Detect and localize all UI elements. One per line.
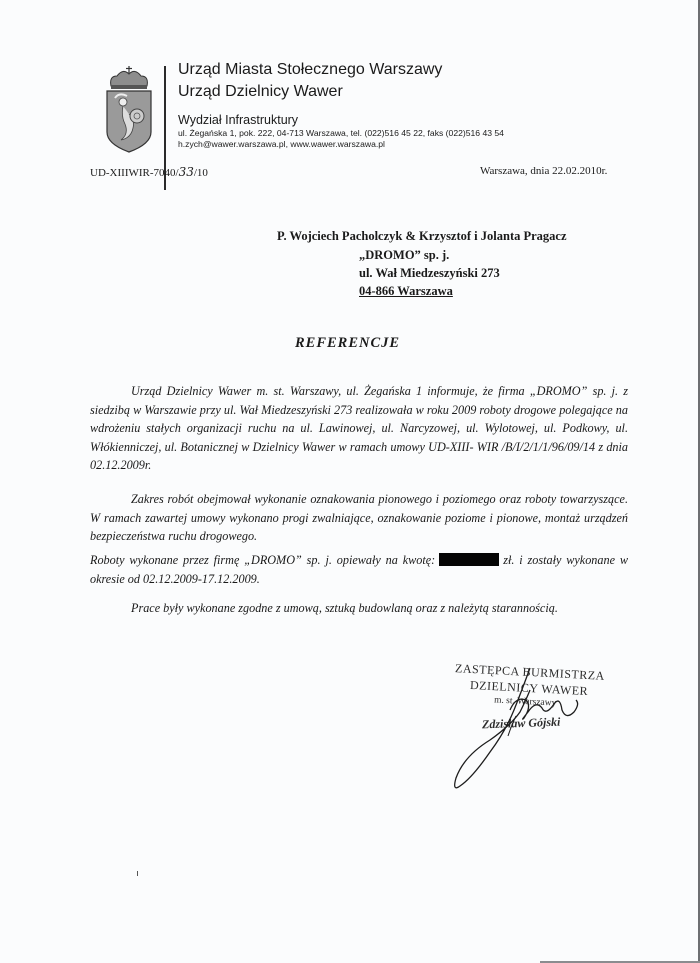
addressee-names: P. Wojciech Pacholczyk & Krzysztof i Jol… bbox=[277, 229, 567, 244]
letter-date: Warszawa, dnia 22.02.2010r. bbox=[480, 165, 607, 177]
reference-handwritten-number: 33 bbox=[179, 165, 194, 179]
handwritten-signature-icon bbox=[450, 660, 600, 800]
body-paragraph-4: Prace były wykonane zgodne z umową, sztu… bbox=[90, 599, 628, 618]
redacted-amount bbox=[439, 553, 499, 566]
amount-lead-text: Roboty wykonane przez firmę „DROMO” sp. … bbox=[90, 553, 435, 567]
office-address: ul. Żegańska 1, pok. 222, 04-713 Warszaw… bbox=[178, 128, 504, 138]
department-name: Wydział Infrastruktury bbox=[178, 113, 298, 127]
addressee-city: 04-866 Warszawa bbox=[359, 284, 453, 299]
addressee-company: „DROMO” sp. j. bbox=[359, 248, 449, 263]
scan-speck bbox=[137, 871, 138, 876]
body-paragraph-3: Roboty wykonane przez firmę „DROMO” sp. … bbox=[90, 551, 628, 588]
org-name-district: Urząd Dzielnicy Wawer bbox=[178, 83, 343, 101]
body-paragraph-1: Urząd Dzielnicy Wawer m. st. Warszawy, u… bbox=[90, 382, 628, 475]
office-contact: h.zych@wawer.warszawa.pl, www.wawer.wars… bbox=[178, 139, 385, 149]
addressee-street: ul. Wał Miedzeszyński 273 bbox=[359, 266, 500, 281]
reference-prefix: UD-XIIIWIR-7040/ bbox=[90, 167, 179, 179]
warsaw-coat-of-arms-icon bbox=[101, 64, 157, 154]
document-title: REFERENCJE bbox=[295, 335, 400, 352]
reference-number: UD-XIIIWIR-7040/33/10 bbox=[90, 165, 208, 179]
org-name-city: Urząd Miasta Stołecznego Warszawy bbox=[178, 61, 442, 79]
body-paragraph-2: Zakres robót obejmował wykonanie oznakow… bbox=[90, 490, 628, 546]
reference-suffix: /10 bbox=[194, 167, 208, 179]
